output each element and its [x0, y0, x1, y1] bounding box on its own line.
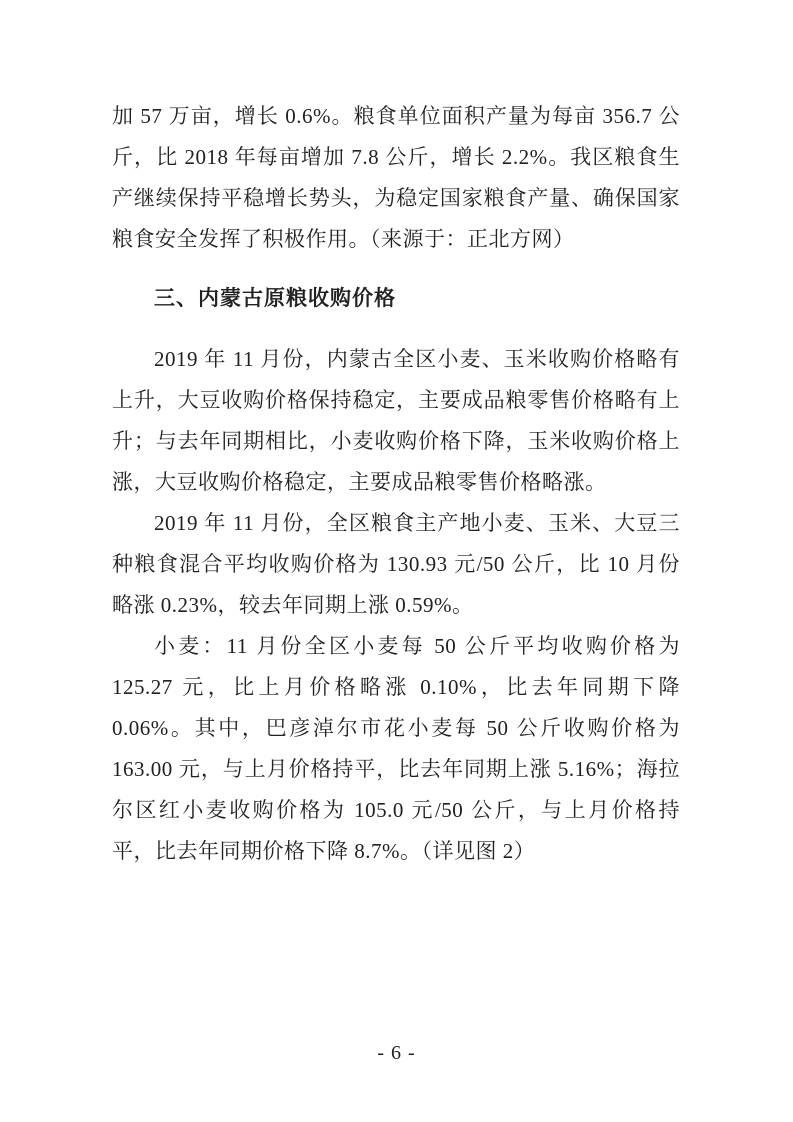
section-heading-grain-purchase-price: 三、内蒙古原粮收购价格 [112, 278, 680, 319]
paragraph-price-overview: 2019 年 11 月份，内蒙古全区小麦、玉米收购价格略有上升，大豆收购价格保持… [112, 339, 680, 503]
document-body: 加 57 万亩，增长 0.6%。粮食单位面积产量为每亩 356.7 公斤，比 2… [112, 96, 680, 872]
paragraph-mixed-average-price: 2019 年 11 月份，全区粮食主产地小麦、玉米、大豆三种粮食混合平均收购价格… [112, 503, 680, 626]
paragraph-grain-output-continued: 加 57 万亩，增长 0.6%。粮食单位面积产量为每亩 356.7 公斤，比 2… [112, 96, 680, 260]
page-number: - 6 - [0, 1041, 793, 1065]
paragraph-wheat-price-detail: 小麦：11 月份全区小麦每 50 公斤平均收购价格为 125.27 元，比上月价… [112, 626, 680, 872]
document-page: 加 57 万亩，增长 0.6%。粮食单位面积产量为每亩 356.7 公斤，比 2… [0, 0, 793, 1122]
